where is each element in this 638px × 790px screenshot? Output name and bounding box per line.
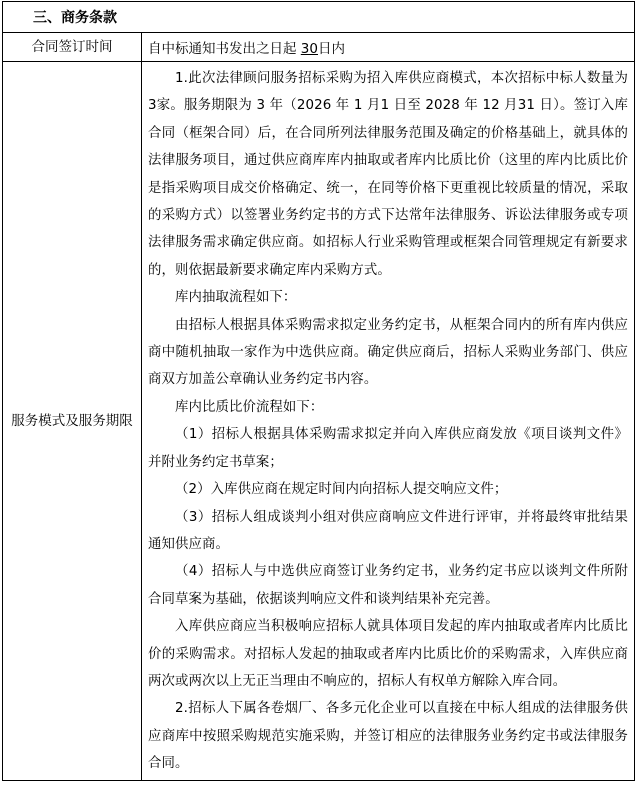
paragraph-comparison-step-1: （1）招标人根据具体采购需求拟定并向入库供应商发放《项目谈判文件》并附业务约定书… (148, 421, 628, 476)
commercial-terms-table: 三、商务条款 合同签订时间 自中标通知书发出之日起 30日内 服务模式及服务期限… (2, 1, 635, 781)
signing-days-value: 30 (301, 41, 318, 57)
contract-signing-time-row: 合同签订时间 自中标通知书发出之日起 30日内 (3, 33, 635, 62)
paragraph-supplier-obligation: 入库供应商应当积极响应招标人就具体项目发起的库内抽取或者库内比质比价的采购需求。… (148, 613, 628, 695)
paragraph-comparison-step-4: （4）招标人与中选供应商签订业务约定书，业务约定书应以谈判文件所附合同草案为基础… (148, 558, 628, 613)
contract-signing-time-value: 自中标通知书发出之日起 30日内 (142, 33, 635, 62)
section-title: 三、商务条款 (3, 2, 635, 33)
service-mode-content: 1.此次法律顾问服务招标采购为招入库供应商模式，本次招标中标人数量为 3家。服务… (142, 62, 635, 781)
paragraph-comparison-step-2: （2）入库供应商在规定时间内向招标人提交响应文件； (148, 476, 628, 503)
paragraph-comparison-heading: 库内比质比价流程如下： (148, 394, 628, 421)
service-mode-row: 服务模式及服务期限 1.此次法律顾问服务招标采购为招入库供应商模式，本次招标中标… (3, 62, 635, 781)
signing-time-prefix: 自中标通知书发出之日起 (148, 41, 301, 57)
paragraph-random-draw-heading: 库内抽取流程如下： (148, 284, 628, 311)
paragraph-subsidiary-procurement: 2.招标人下属各卷烟厂、各多元化企业可以直接在中标人组成的法律服务供应商库中按照… (148, 695, 628, 777)
paragraph-comparison-step-3: （3）招标人组成谈判小组对供应商响应文件进行评审，并将最终审批结果通知供应商。 (148, 504, 628, 559)
paragraph-procurement-mode: 1.此次法律顾问服务招标采购为招入库供应商模式，本次招标中标人数量为 3家。服务… (148, 65, 628, 284)
section-header-row: 三、商务条款 (3, 2, 635, 33)
paragraph-random-draw-process: 由招标人根据具体采购需求拟定业务约定书，从框架合同内的所有库内供应商中随机抽取一… (148, 312, 628, 394)
signing-time-suffix: 日内 (318, 41, 345, 57)
service-mode-label: 服务模式及服务期限 (3, 62, 142, 781)
contract-signing-time-label: 合同签订时间 (3, 33, 142, 62)
